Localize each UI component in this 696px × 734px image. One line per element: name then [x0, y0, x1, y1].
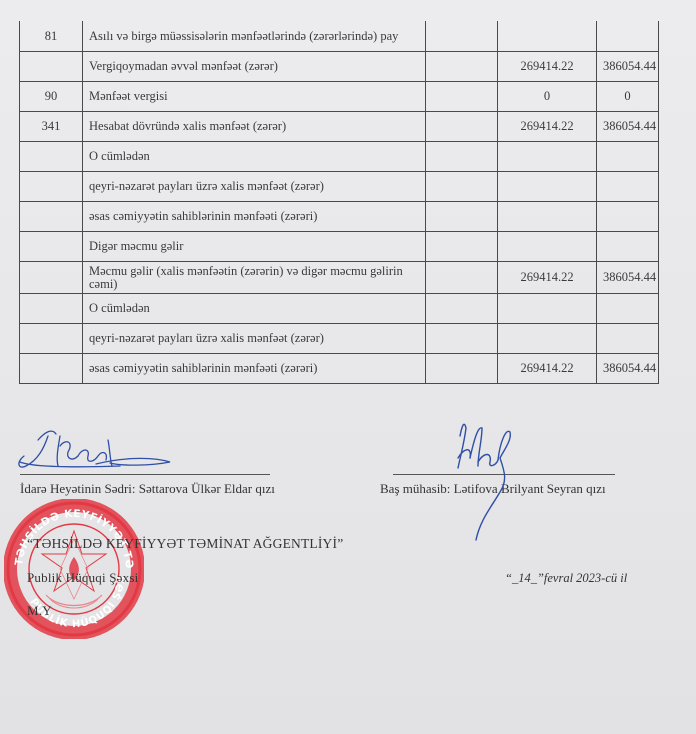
table-row: Digər məcmu gəlir: [20, 232, 659, 262]
row-current-period-value: 0: [498, 82, 597, 112]
row-label: əsas cəmiyyətin sahiblərinin mənfəəti (z…: [83, 202, 426, 232]
table-row: O cümlədən: [20, 294, 659, 324]
row-previous-period-value: 0: [597, 82, 659, 112]
row-code: [20, 232, 83, 262]
organization-type: Publik Hüquqi Şəxsi: [27, 570, 138, 586]
row-label: qeyri-nəzarət payları üzrə xalis mənfəət…: [83, 324, 426, 354]
row-code: 341: [20, 112, 83, 142]
row-code: [20, 262, 83, 294]
row-code: 81: [20, 21, 83, 52]
row-label: qeyri-nəzarət payları üzrə xalis mənfəət…: [83, 172, 426, 202]
chairman-signature-label: İdarə Heyətinin Sədri: Səttarova Ülkər E…: [20, 481, 275, 497]
document-date: “_14_”fevral 2023-cü il: [505, 571, 627, 586]
row-code: [20, 172, 83, 202]
row-label: Asılı və birgə müəssisələrin mənfəətləri…: [83, 21, 426, 52]
chairman-signature-line: [20, 474, 270, 475]
row-code: [20, 294, 83, 324]
chairman-signature-icon: [19, 431, 170, 467]
row-code: [20, 324, 83, 354]
row-current-period-value: [498, 324, 597, 354]
row-previous-period-value: [597, 324, 659, 354]
row-code: [20, 52, 83, 82]
table-row: 90Mənfəət vergisi00: [20, 82, 659, 112]
row-label: Məcmu gəlir (xalis mənfəətin (zərərin) v…: [83, 262, 426, 294]
row-code: 90: [20, 82, 83, 112]
row-previous-period-value: 386054.44: [597, 354, 659, 384]
row-current-period-value: [498, 142, 597, 172]
row-note: [426, 142, 498, 172]
table-row: əsas cəmiyyətin sahiblərinin mənfəəti (z…: [20, 202, 659, 232]
row-note: [426, 354, 498, 384]
row-previous-period-value: 386054.44: [597, 52, 659, 82]
row-note: [426, 324, 498, 354]
row-current-period-value: 269414.22: [498, 52, 597, 82]
row-note: [426, 82, 498, 112]
row-note: [426, 294, 498, 324]
accountant-signature-line: [393, 474, 615, 475]
row-code: [20, 202, 83, 232]
table-row: əsas cəmiyyətin sahiblərinin mənfəəti (z…: [20, 354, 659, 384]
accountant-signature-label: Baş mühasib: Lətifova Brilyant Seyran qı…: [380, 481, 606, 497]
row-label: Digər məcmu gəlir: [83, 232, 426, 262]
row-label: əsas cəmiyyətin sahiblərinin mənfəəti (z…: [83, 354, 426, 384]
row-note: [426, 21, 498, 52]
row-current-period-value: 269414.22: [498, 354, 597, 384]
row-current-period-value: [498, 202, 597, 232]
row-note: [426, 172, 498, 202]
row-note: [426, 52, 498, 82]
document-page: 81Asılı və birgə müəssisələrin mənfəətlə…: [0, 0, 696, 734]
row-previous-period-value: [597, 294, 659, 324]
row-previous-period-value: [597, 202, 659, 232]
row-code: [20, 142, 83, 172]
row-note: [426, 112, 498, 142]
row-label: Mənfəət vergisi: [83, 82, 426, 112]
table-row: qeyri-nəzarət payları üzrə xalis mənfəət…: [20, 324, 659, 354]
row-previous-period-value: [597, 232, 659, 262]
row-previous-period-value: 386054.44: [597, 262, 659, 294]
income-statement-table: 81Asılı və birgə müəssisələrin mənfəətlə…: [19, 21, 659, 384]
organization-name: “TƏHSİLDƏ KEYFİYYƏT TƏMİNAT AĞGENTLİYİ”: [27, 536, 343, 552]
table-row: qeyri-nəzarət payları üzrə xalis mənfəət…: [20, 172, 659, 202]
row-current-period-value: 269414.22: [498, 262, 597, 294]
seal-label: M.Y: [27, 603, 52, 619]
row-note: [426, 232, 498, 262]
row-previous-period-value: [597, 172, 659, 202]
row-current-period-value: 269414.22: [498, 112, 597, 142]
row-current-period-value: [498, 172, 597, 202]
row-previous-period-value: 386054.44: [597, 112, 659, 142]
row-current-period-value: [498, 294, 597, 324]
table-row: Məcmu gəlir (xalis mənfəətin (zərərin) v…: [20, 262, 659, 294]
row-code: [20, 354, 83, 384]
table-row: O cümlədən: [20, 142, 659, 172]
row-current-period-value: [498, 21, 597, 52]
row-note: [426, 262, 498, 294]
row-label: O cümlədən: [83, 294, 426, 324]
row-label: O cümlədən: [83, 142, 426, 172]
table-row: 341Hesabat dövründə xalis mənfəət (zərər…: [20, 112, 659, 142]
row-previous-period-value: [597, 21, 659, 52]
row-previous-period-value: [597, 142, 659, 172]
table-row: Vergiqoymadan əvvəl mənfəət (zərər)26941…: [20, 52, 659, 82]
table-row: 81Asılı və birgə müəssisələrin mənfəətlə…: [20, 21, 659, 52]
row-note: [426, 202, 498, 232]
row-current-period-value: [498, 232, 597, 262]
row-label: Vergiqoymadan əvvəl mənfəət (zərər): [83, 52, 426, 82]
official-stamp-icon: TƏHSİLDƏ KEYFİYYƏT TƏMİNATI AGENTLİYİ PU…: [4, 499, 144, 639]
row-label: Hesabat dövründə xalis mənfəət (zərər): [83, 112, 426, 142]
